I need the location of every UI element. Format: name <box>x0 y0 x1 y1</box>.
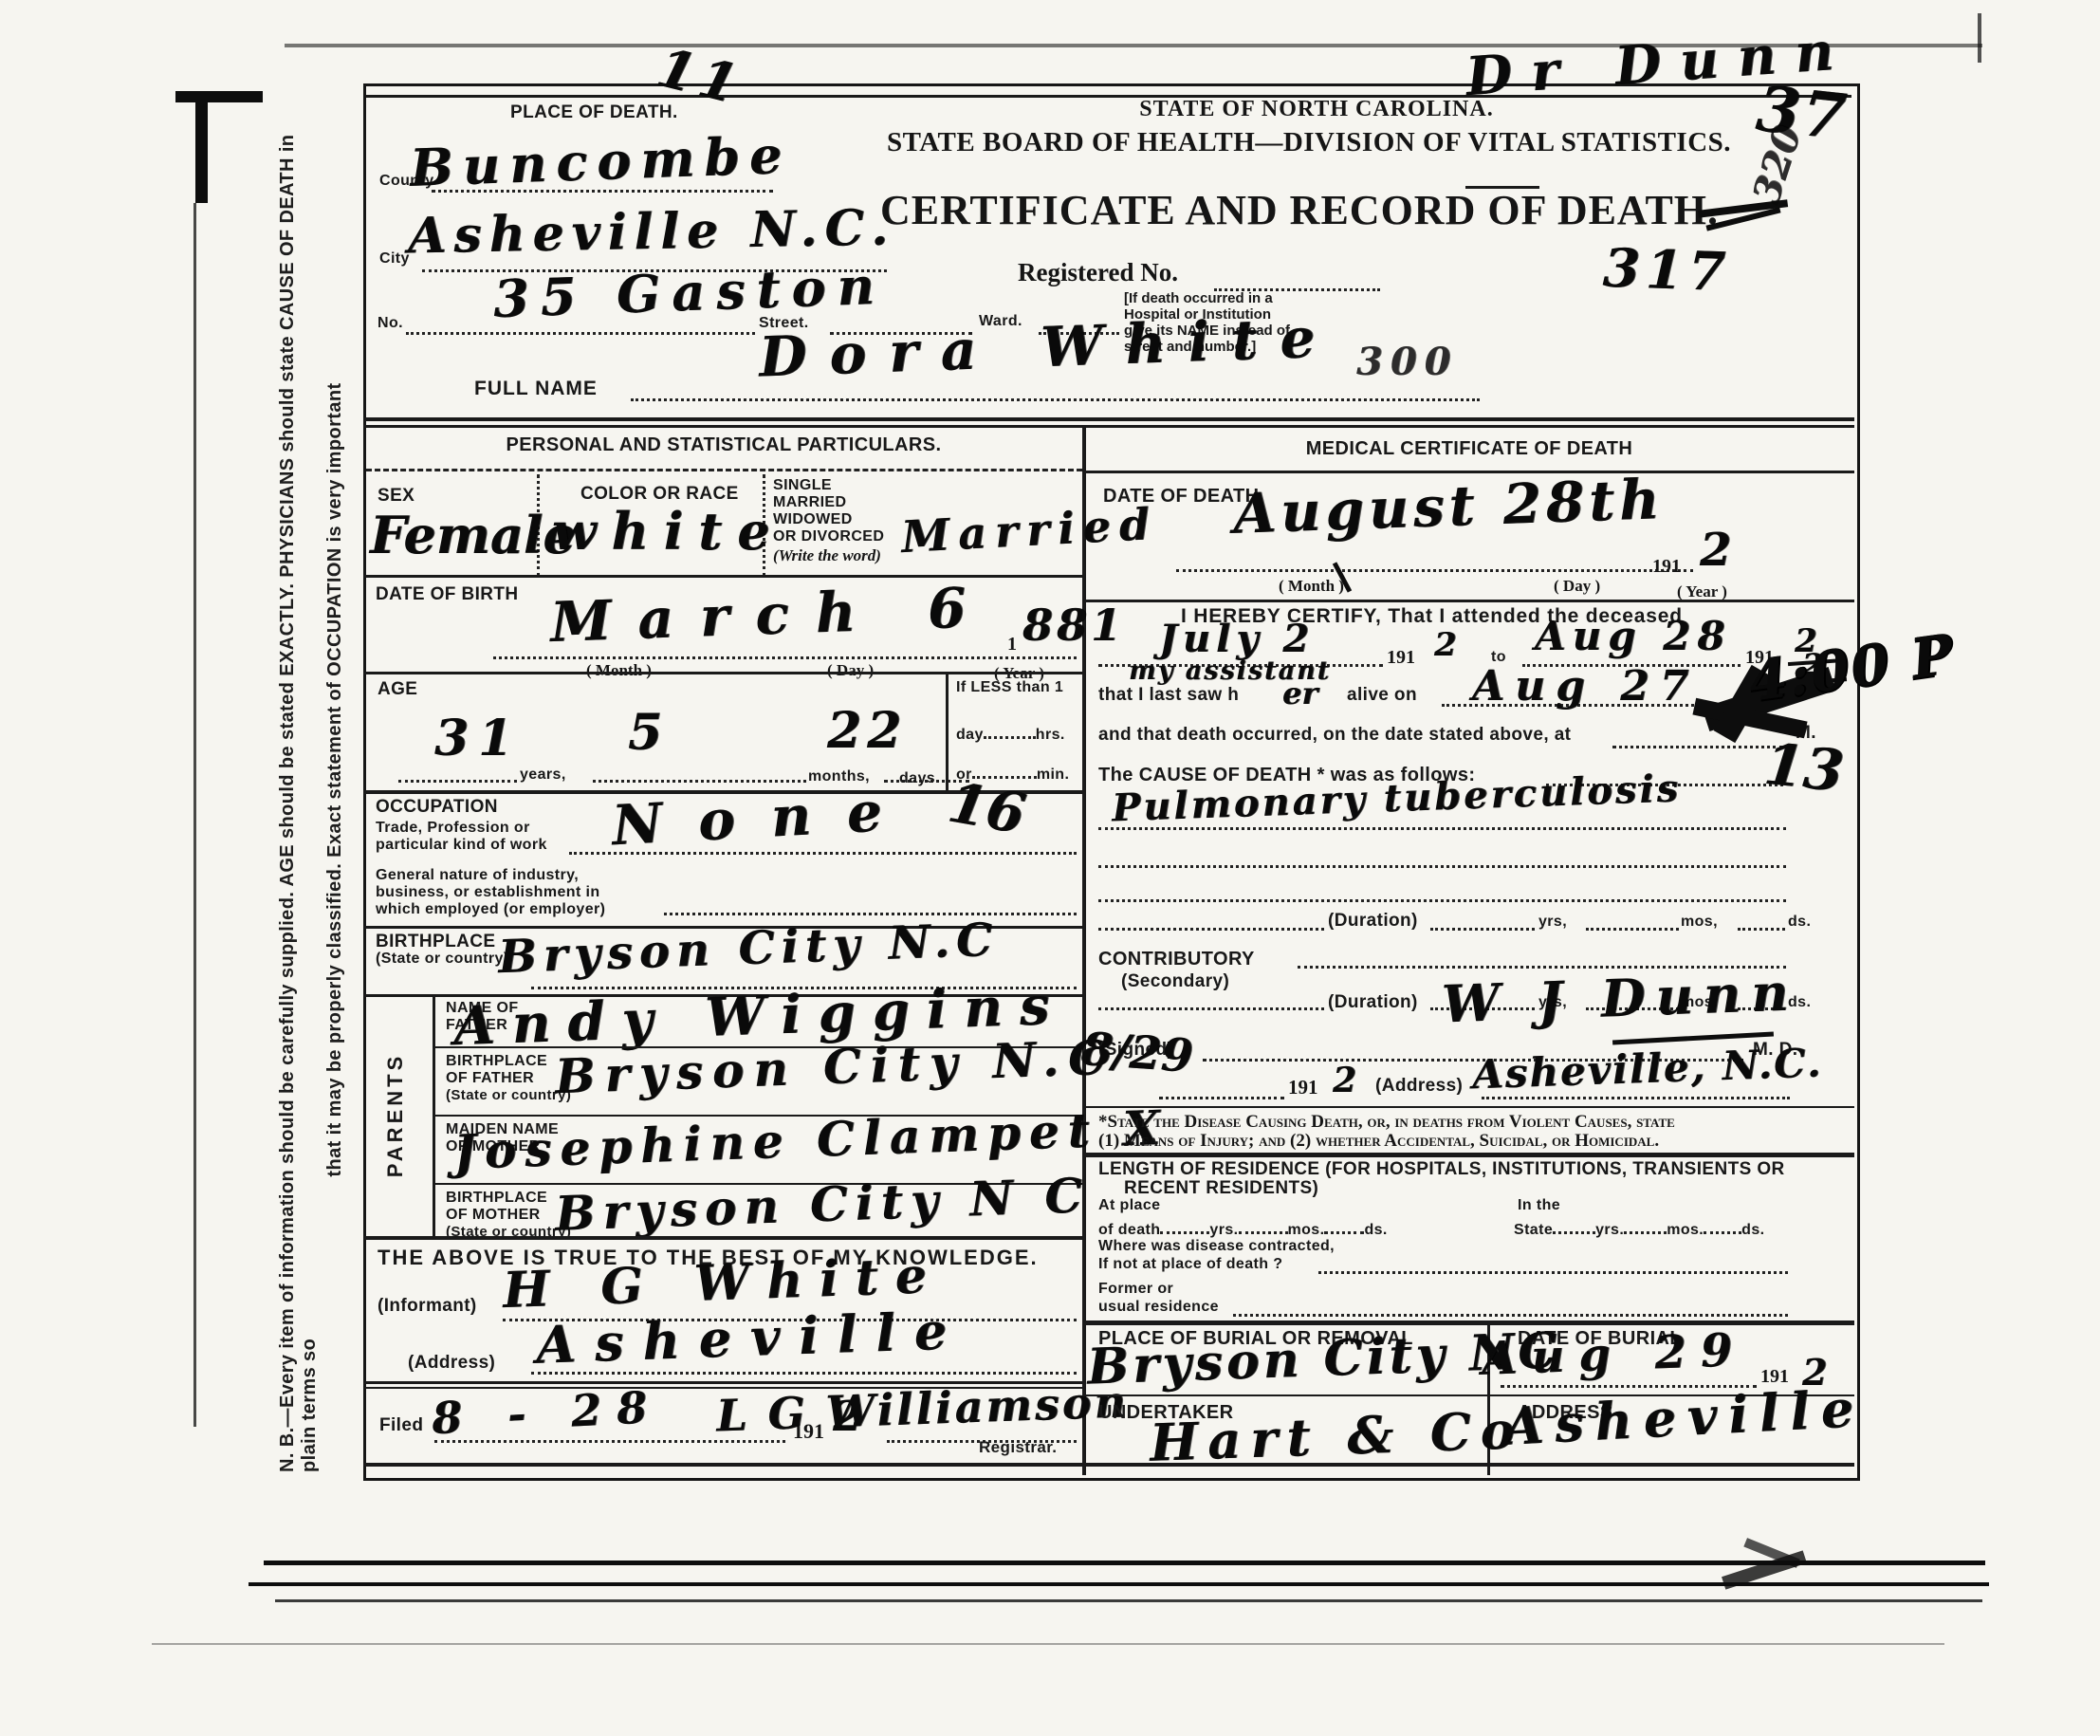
contracted-label-1: Where was disease contracted, <box>1098 1238 1335 1255</box>
dod-month-label: ( Month ) <box>1279 577 1344 596</box>
scan-bottom-line-3 <box>275 1599 1982 1602</box>
ap-yrs: yrs. <box>1209 1222 1238 1238</box>
informant-label: (Informant) <box>378 1296 477 1317</box>
death-certificate-scan: N. B.—Every item of information should b… <box>0 0 2100 1736</box>
full-name-number: 300 <box>1356 340 1459 384</box>
st-yrs: yrs. <box>1595 1222 1624 1238</box>
industry-label-2: business, or establishment in <box>376 884 600 901</box>
attended-from-year: 2 <box>1434 626 1457 664</box>
duration-dots-2 <box>1586 928 1679 931</box>
at-place-row: of deathyrs.mos.ds. <box>1098 1216 1388 1239</box>
former-label-1: Former or <box>1098 1281 1173 1298</box>
physician-signature: W J Dunn <box>1441 961 1799 1034</box>
sign-year-prefix: 191 <box>1288 1076 1318 1099</box>
sign-date-line <box>1159 1097 1284 1099</box>
industry-label-3: which employed (or employer) <box>376 901 605 918</box>
trade-code: 16 <box>944 770 1030 847</box>
less-day-text: day <box>956 727 984 743</box>
sex-label: SEX <box>378 486 414 507</box>
trade-label-1: Trade, Profession or <box>376 820 530 837</box>
certificate-title: CERTIFICATE AND RECORD OF DEATH. <box>825 186 1774 234</box>
place-of-death-label: PLACE OF DEATH. <box>510 102 678 123</box>
less-than-label: If LESS than 1 <box>956 679 1063 696</box>
separator-rule-2 <box>363 425 1854 428</box>
parents-label: PARENTS <box>383 1008 408 1222</box>
form-bottom-double-rule <box>363 1463 1854 1467</box>
full-name-label: FULL NAME <box>474 378 598 400</box>
less-hrs-text: hrs. <box>1036 727 1065 743</box>
industry-label-1: General nature of industry, <box>376 867 579 884</box>
scan-left-edge-line <box>193 203 196 1427</box>
medical-heading: MEDICAL CERTIFICATE OF DEATH <box>1185 438 1754 460</box>
footnote-line2: (1) Means of Injury; and (2) whether Acc… <box>1098 1131 1659 1152</box>
duration2-lead-line <box>1098 1007 1324 1010</box>
former-line <box>1233 1314 1788 1317</box>
occupation-label: OCCUPATION <box>376 797 498 818</box>
attended-from-value: July 2 <box>1159 617 1315 661</box>
former-label-2: usual residence <box>1098 1299 1219 1316</box>
last-saw-hw: er <box>1282 675 1317 711</box>
age-years-value: 31 <box>434 710 522 767</box>
scan-right-edge-mark <box>1978 13 1981 63</box>
duration2-label: (Duration) <box>1328 992 1418 1013</box>
city-label: City <box>379 250 410 268</box>
dod-year: 2 <box>1700 524 1731 577</box>
last-saw-prefix: that I last saw h <box>1098 685 1239 706</box>
in-the-label: In the <box>1518 1197 1560 1214</box>
dod-row-rule <box>1082 600 1854 602</box>
registered-no-label: Registered No. <box>1018 258 1178 287</box>
ap-ds: ds. <box>1364 1222 1387 1238</box>
secondary-label: (Secondary) <box>1121 971 1229 992</box>
less-min-text: min. <box>1037 766 1070 783</box>
dod-day-label: ( Day ) <box>1554 577 1600 596</box>
time-of-death-value: 4:00 P <box>1744 621 1959 714</box>
city-value: Asheville N.C. <box>408 199 896 266</box>
attended-from-year-prefix: 191 <box>1387 647 1415 669</box>
registered-no-value: 317 <box>1602 237 1732 305</box>
industry-line <box>664 913 1077 915</box>
occurred-text: and that death occurred, on the date sta… <box>1098 725 1571 746</box>
dob-month-label: ( Month ) <box>586 661 652 680</box>
personal-heading-rule <box>366 469 1082 471</box>
age-days-value: 22 <box>827 702 907 760</box>
dod-year-label: ( Year ) <box>1677 582 1727 601</box>
duration-ds: ds. <box>1788 914 1811 931</box>
state-label: State <box>1514 1222 1553 1238</box>
duration-dots-1 <box>1430 928 1535 931</box>
informant-address-label: (Address) <box>408 1353 495 1374</box>
full-name-line <box>631 398 1480 401</box>
scan-corner-mark <box>175 91 263 102</box>
duration-lead-line <box>1098 928 1324 931</box>
birthplace-label: BIRTHPLACE <box>376 932 495 952</box>
house-no-label: No. <box>378 315 403 332</box>
footnote-rule <box>1082 1153 1854 1157</box>
birthplace-sub-label: (State or country) <box>376 951 509 968</box>
margin-note-line2: that it may be properly classified. Exac… <box>324 87 346 1472</box>
st-mos: mos. <box>1667 1222 1704 1238</box>
age-subcell-divider <box>946 672 949 790</box>
at-place-label-2: of death <box>1098 1222 1160 1238</box>
blank-line-1 <box>1098 865 1786 868</box>
margin-note-line1: N. B.—Every item of information should b… <box>277 87 321 1472</box>
sign-date-value: 8/29 <box>1079 1023 1194 1083</box>
age-years-label: years, <box>520 766 566 784</box>
in-state-row: Stateyrs.mos.ds. <box>1514 1216 1764 1239</box>
blank-line-2 <box>1098 899 1786 902</box>
age-dots-2 <box>593 780 806 783</box>
contributory-label: CONTRIBUTORY <box>1098 949 1255 970</box>
dob-year-prefix: 1 <box>1007 634 1017 656</box>
personal-heading: PERSONAL AND STATISTICAL PARTICULARS. <box>401 434 1046 456</box>
duration-dots-3 <box>1738 928 1785 931</box>
duration-mos: mos, <box>1681 914 1718 931</box>
scan-corner-mark-vertical <box>195 91 208 203</box>
mother-bp-label-2: OF MOTHER <box>446 1207 541 1224</box>
scan-bottom-faint-line <box>152 1643 1944 1645</box>
contracted-label-2: If not at place of death ? <box>1098 1256 1282 1273</box>
at-place-label-1: At place <box>1098 1197 1160 1214</box>
board-line: STATE BOARD OF HEALTH—DIVISION OF VITAL … <box>835 127 1783 158</box>
dob-line <box>493 656 1077 659</box>
father-bp-label-1: BIRTHPLACE <box>446 1053 547 1070</box>
father-bp-label-2: OF FATHER <box>446 1070 534 1087</box>
sign-address-line <box>1482 1097 1790 1099</box>
house-no-line <box>406 332 755 335</box>
age-dots-1 <box>398 780 517 783</box>
less-day-label: dayhrs. <box>956 721 1065 744</box>
margin-note: N. B.—Every item of information should b… <box>277 87 346 1472</box>
dob-row-rule <box>363 672 1082 674</box>
scan-bottom-line-1 <box>264 1561 1985 1565</box>
age-label: AGE <box>378 679 417 700</box>
filed-label: Filed <box>379 1415 423 1436</box>
burial-date-value: Aug 29 <box>1481 1323 1747 1386</box>
marital-hint: (Write the word) <box>773 546 881 565</box>
dod-year-prefix: 191 <box>1652 556 1681 578</box>
separator-rule-1 <box>363 417 1854 421</box>
marital-label-1: SINGLE <box>773 477 832 494</box>
contracted-line <box>1318 1271 1788 1274</box>
duration-label: (Duration) <box>1328 911 1418 932</box>
race-value: white <box>552 501 785 562</box>
sign-address-label: (Address) <box>1375 1076 1463 1097</box>
marital-label-4: OR DIVORCED <box>773 528 884 545</box>
cause-line <box>1098 827 1786 830</box>
last-saw-suffix: alive on <box>1347 685 1417 706</box>
dob-day-label: ( Day ) <box>827 661 874 680</box>
residence-heading-2: RECENT RESIDENTS) <box>1124 1178 1318 1199</box>
column-divider <box>1082 425 1086 1475</box>
duration-yrs: yrs, <box>1538 914 1567 931</box>
sign-row-rule <box>1082 1106 1854 1108</box>
sex-value: Female <box>370 505 576 565</box>
st-ds: ds. <box>1741 1222 1764 1238</box>
residence-heading-1: LENGTH OF RESIDENCE (FOR HOSPITALS, INST… <box>1098 1159 1785 1180</box>
dob-label: DATE OF BIRTH <box>376 584 519 605</box>
last-saw-value: Aug 27 <box>1472 662 1699 711</box>
sign-year: 2 <box>1333 1061 1356 1100</box>
mother-bp-label-1: BIRTHPLACE <box>446 1190 547 1207</box>
father-bp-sub-label: (State or country) <box>446 1087 571 1103</box>
trade-label-2: particular kind of work <box>376 837 547 854</box>
ap-mos: mos. <box>1288 1222 1325 1238</box>
parents-bottom-rule <box>363 1236 1082 1240</box>
footnote-line1: *State the Disease Causing Death, or, in… <box>1098 1112 1675 1133</box>
age-months-value: 5 <box>628 704 662 762</box>
registrar-label: Registrar. <box>979 1438 1057 1457</box>
dod-line <box>1176 569 1693 572</box>
dob-year: 881 <box>1022 600 1125 651</box>
cause-code: 13 <box>1761 731 1847 805</box>
